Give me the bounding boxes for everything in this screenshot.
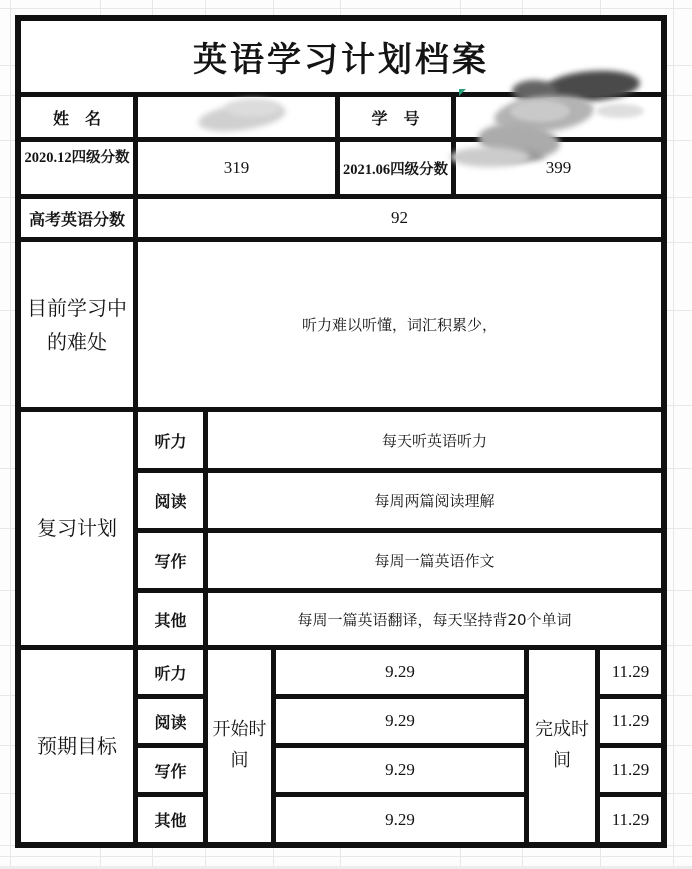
review-plan-section: 复习计划 听力 每天听英语听力 阅读 每周两篇阅读理解 写作 每周一篇英语作文 … [21,412,661,645]
goal-listening-finish: 11.29 [600,650,661,694]
start-time-label: 开始时间 [208,650,271,842]
student-id-label: 学 号 [340,97,451,137]
difficulty-value: 听力难以听懂，词汇积累少， [138,242,661,407]
student-id-redaction-smudge [596,104,644,118]
review-writing-content: 每周一篇英语作文 [208,533,661,588]
gaokao-label: 高考英语分数 [21,199,133,237]
spreadsheet-gridline [0,8,692,9]
goal-other-start: 9.29 [276,797,524,842]
cet-score-row: 2020.12四级分数 319 2021.06四级分数 399 [21,142,661,194]
goal-reading-label: 阅读 [138,699,203,743]
goal-other-label: 其他 [138,797,203,842]
student-id-redaction-smudge [510,100,570,122]
review-plan-label: 复习计划 [21,412,133,645]
review-listening-content: 每天听英语听力 [208,412,661,468]
name-label: 姓 名 [21,97,133,137]
goal-reading-finish: 11.29 [600,699,661,743]
difficulty-label: 目前学习中的难处 [21,242,133,407]
review-listening-label: 听力 [138,412,203,468]
gaokao-row: 高考英语分数 92 [21,199,661,237]
spreadsheet-gridline [0,856,692,857]
goal-writing-label: 写作 [138,748,203,792]
review-reading-content: 每周两篇阅读理解 [208,473,661,528]
goal-listening-start: 9.29 [276,650,524,694]
page-title: 英语学习计划档案 [193,32,489,81]
cet-dec2020-value: 319 [138,142,335,194]
goals-label: 预期目标 [21,650,133,842]
goal-reading-start: 9.29 [276,699,524,743]
finish-time-label: 完成时间 [529,650,595,842]
review-other-label: 其他 [138,593,203,645]
spreadsheet-gridline [673,0,674,869]
cet-dec2020-label: 2020.12四级分数 [21,142,133,194]
name-redaction-smudge [225,99,280,117]
student-id-redaction-smudge [450,147,530,167]
study-plan-table: 英语学习计划档案 姓 名 学 号 2020.12四级分数 319 2021.06… [15,15,667,848]
goal-listening-label: 听力 [138,650,203,694]
review-other-content: 每周一篇英语翻译，每天坚持背20个单词 [208,593,661,645]
goals-section: 预期目标 听力 阅读 写作 其他 开始时间 9.29 9.29 9.29 9.2… [21,650,661,842]
difficulty-row: 目前学习中的难处 听力难以听懂，词汇积累少， [21,242,661,407]
goal-writing-start: 9.29 [276,748,524,792]
spreadsheet-gridline [10,0,11,869]
review-reading-label: 阅读 [138,473,203,528]
gaokao-value: 92 [138,199,661,237]
cell-corner-marker-icon [459,89,466,96]
review-writing-label: 写作 [138,533,203,588]
cet-jun2021-label: 2021.06四级分数 [340,142,451,194]
goal-other-finish: 11.29 [600,797,661,842]
goal-writing-finish: 11.29 [600,748,661,792]
